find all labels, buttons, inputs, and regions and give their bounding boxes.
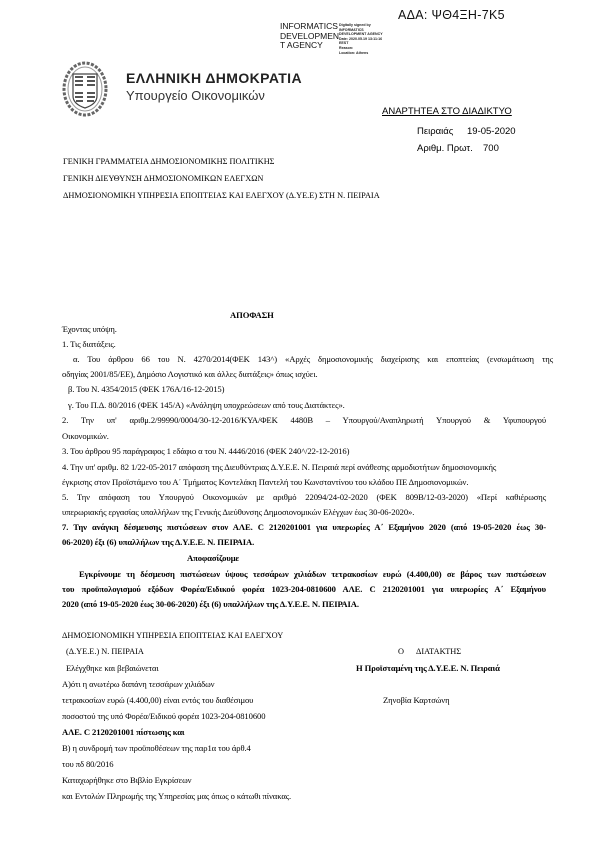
footer-verified-label: Ελέγχθηκε και βεβαιώνεται [66,663,159,673]
consideration-line: Οικονομικών. [62,431,109,441]
consideration-line: 7. Την ανάγκη δέσμευσης πιστώσεων στον Α… [62,522,546,532]
ida-line: T AGENCY [280,41,339,51]
document-date: 19-05-2020 [467,126,516,137]
footer-service-location: (Δ.ΥΕ.Ε.) Ν. ΠΕΙΡΑΙΑ [66,647,144,656]
consideration-line: 3. Του άρθρου 95 παράγραφος 1 εδάφιο α τ… [62,446,349,456]
approval-line: 2020 (από 19-05-2020 έως 30-06-2020) έξι… [62,599,359,609]
authority-service: ΔΗΜΟΣΙΟΝΟΜΙΚΗ ΥΠΗΡΕΣΙΑ ΕΠΟΠΤΕΙΑΣ ΚΑΙ ΕΛΕ… [63,191,380,200]
signer-name: Ζηνοβία Καρτσώνη [383,695,449,705]
republic-title: ΕΛΛΗΝΙΚΗ ΔΗΜΟΚΡΑΤΙΑ [126,70,302,86]
authority-general-directorate: ΓΕΝΙΚΗ ΔΙΕΥΘΥΝΣΗ ΔΗΜΟΣΙΟΝΟΜΙΚΩΝ ΕΛΕΓΧΩΝ [63,174,263,183]
signer-title: Η Προϊσταμένη της Δ.Υ.Ε.Ε. Ν. Πειραιά [356,663,500,673]
decision-intro: Έχοντας υπόψη. [62,324,117,334]
signer-article: Ο [398,647,404,656]
consideration-line: 5. Την απόφαση του Υπουργού Οικονομικών … [62,492,546,502]
consideration-line: 2. Την υπ' αριθμ.2/99990/0004/30-12-2016… [62,415,546,425]
approval-line: του προϋπολογισμού εξόδων Φορέα/Ειδικού … [62,584,546,594]
protocol-label: Αριθμ. Πρωτ. [417,143,473,154]
consideration-line: 06-2020) έξι (6) υπαλλήλων της Δ.Υ.Ε.Ε. … [62,537,254,547]
consideration-line: υπερωριακής εργασίας υπαλλήλων της Γενικ… [62,507,414,517]
consideration-line: έγκρισης στον Προϊστάμενο του Α΄ Τμήματο… [62,477,468,487]
footer-clause-b: Β) η συνδρομή των προϋποθέσεων της παρ1α… [62,743,251,753]
consideration-line: 4. Την υπ' αριθμ. 82 1/22-05-2017 απόφασ… [62,462,496,472]
footer-clause-a: Α)ότι η ανωτέρω δαπάνη τεσσάρων χιλιάδων [62,679,214,689]
footer-registered-cont: και Εντολών Πληρωμής της Υπηρεσίας μας ό… [62,791,291,801]
footer-clause-a-cont: ποσοστού της υπό Φορέα/Ειδικού φορέα 102… [62,711,265,721]
ada-code: ΑΔΑ: ΨΘ4ΞΗ-7Κ5 [398,8,505,22]
footer-clause-a-cont: τετρακοσίων ευρώ (4.400,00) είναι εντός … [62,695,253,705]
digital-signature-stamp: Digitally signed by INFORMATICS DEVELOPM… [339,23,383,55]
consideration-line: γ. Του Π.Δ. 80/2016 (ΦΕΚ 145/Α) «Ανάληψη… [68,400,345,410]
ministry-name: Υπουργείο Οικονομικών [126,88,265,103]
posted-online-label: ΑΝΑΡΤΗΤΕΑ ΣΤΟ ΔΙΑΔΙΚΤΥΟ [382,106,512,117]
place-label: Πειραιάς [417,126,453,137]
signature-line: Location: Athens [339,51,383,56]
approval-line: Εγκρίνουμε τη δέσμευση πιστώσεων ύψους τ… [79,569,546,579]
protocol-number: 700 [483,143,499,154]
consideration-line: β. Του Ν. 4354/2015 (ΦΕΚ 176Α/16-12-2015… [68,384,224,394]
consideration-line: οδηγίας 2001/85/ΕΕ), Δημόσιο Λογιστικό κ… [62,369,318,379]
signer-role: ΔΙΑΤΑΚΤΗΣ [416,647,461,656]
decision-title: ΑΠΟΦΑΣΗ [230,310,274,320]
ida-logo-text: INFORMATICS DEVELOPMEN T AGENCY [280,22,339,51]
footer-clause-a-cont: ΑΛΕ. C 2120201001 πίστωσης και [62,727,184,737]
consideration-line: 1. Τις διατάξεις. [62,339,116,349]
footer-service-name: ΔΗΜΟΣΙΟΝΟΜΙΚΗ ΥΠΗΡΕΣΙΑ ΕΠΟΠΤΕΙΑΣ ΚΑΙ ΕΛΕ… [62,631,283,640]
footer-registered: Καταχωρήθηκε στο Βιβλίο Εγκρίσεων [62,775,191,785]
footer-clause-b-cont: του πδ 80/2016 [62,759,113,769]
decide-label: Αποφασίζουμε [187,553,239,563]
authority-general-secretariat: ΓΕΝΙΚΗ ΓΡΑΜΜΑΤΕΙΑ ΔΗΜΟΣΙΟΝΟΜΙΚΗΣ ΠΟΛΙΤΙΚ… [63,157,275,166]
consideration-line: α. Του άρθρου 66 του Ν. 4270/2014(ΦΕΚ 14… [73,354,553,364]
greek-emblem-icon [62,60,108,118]
